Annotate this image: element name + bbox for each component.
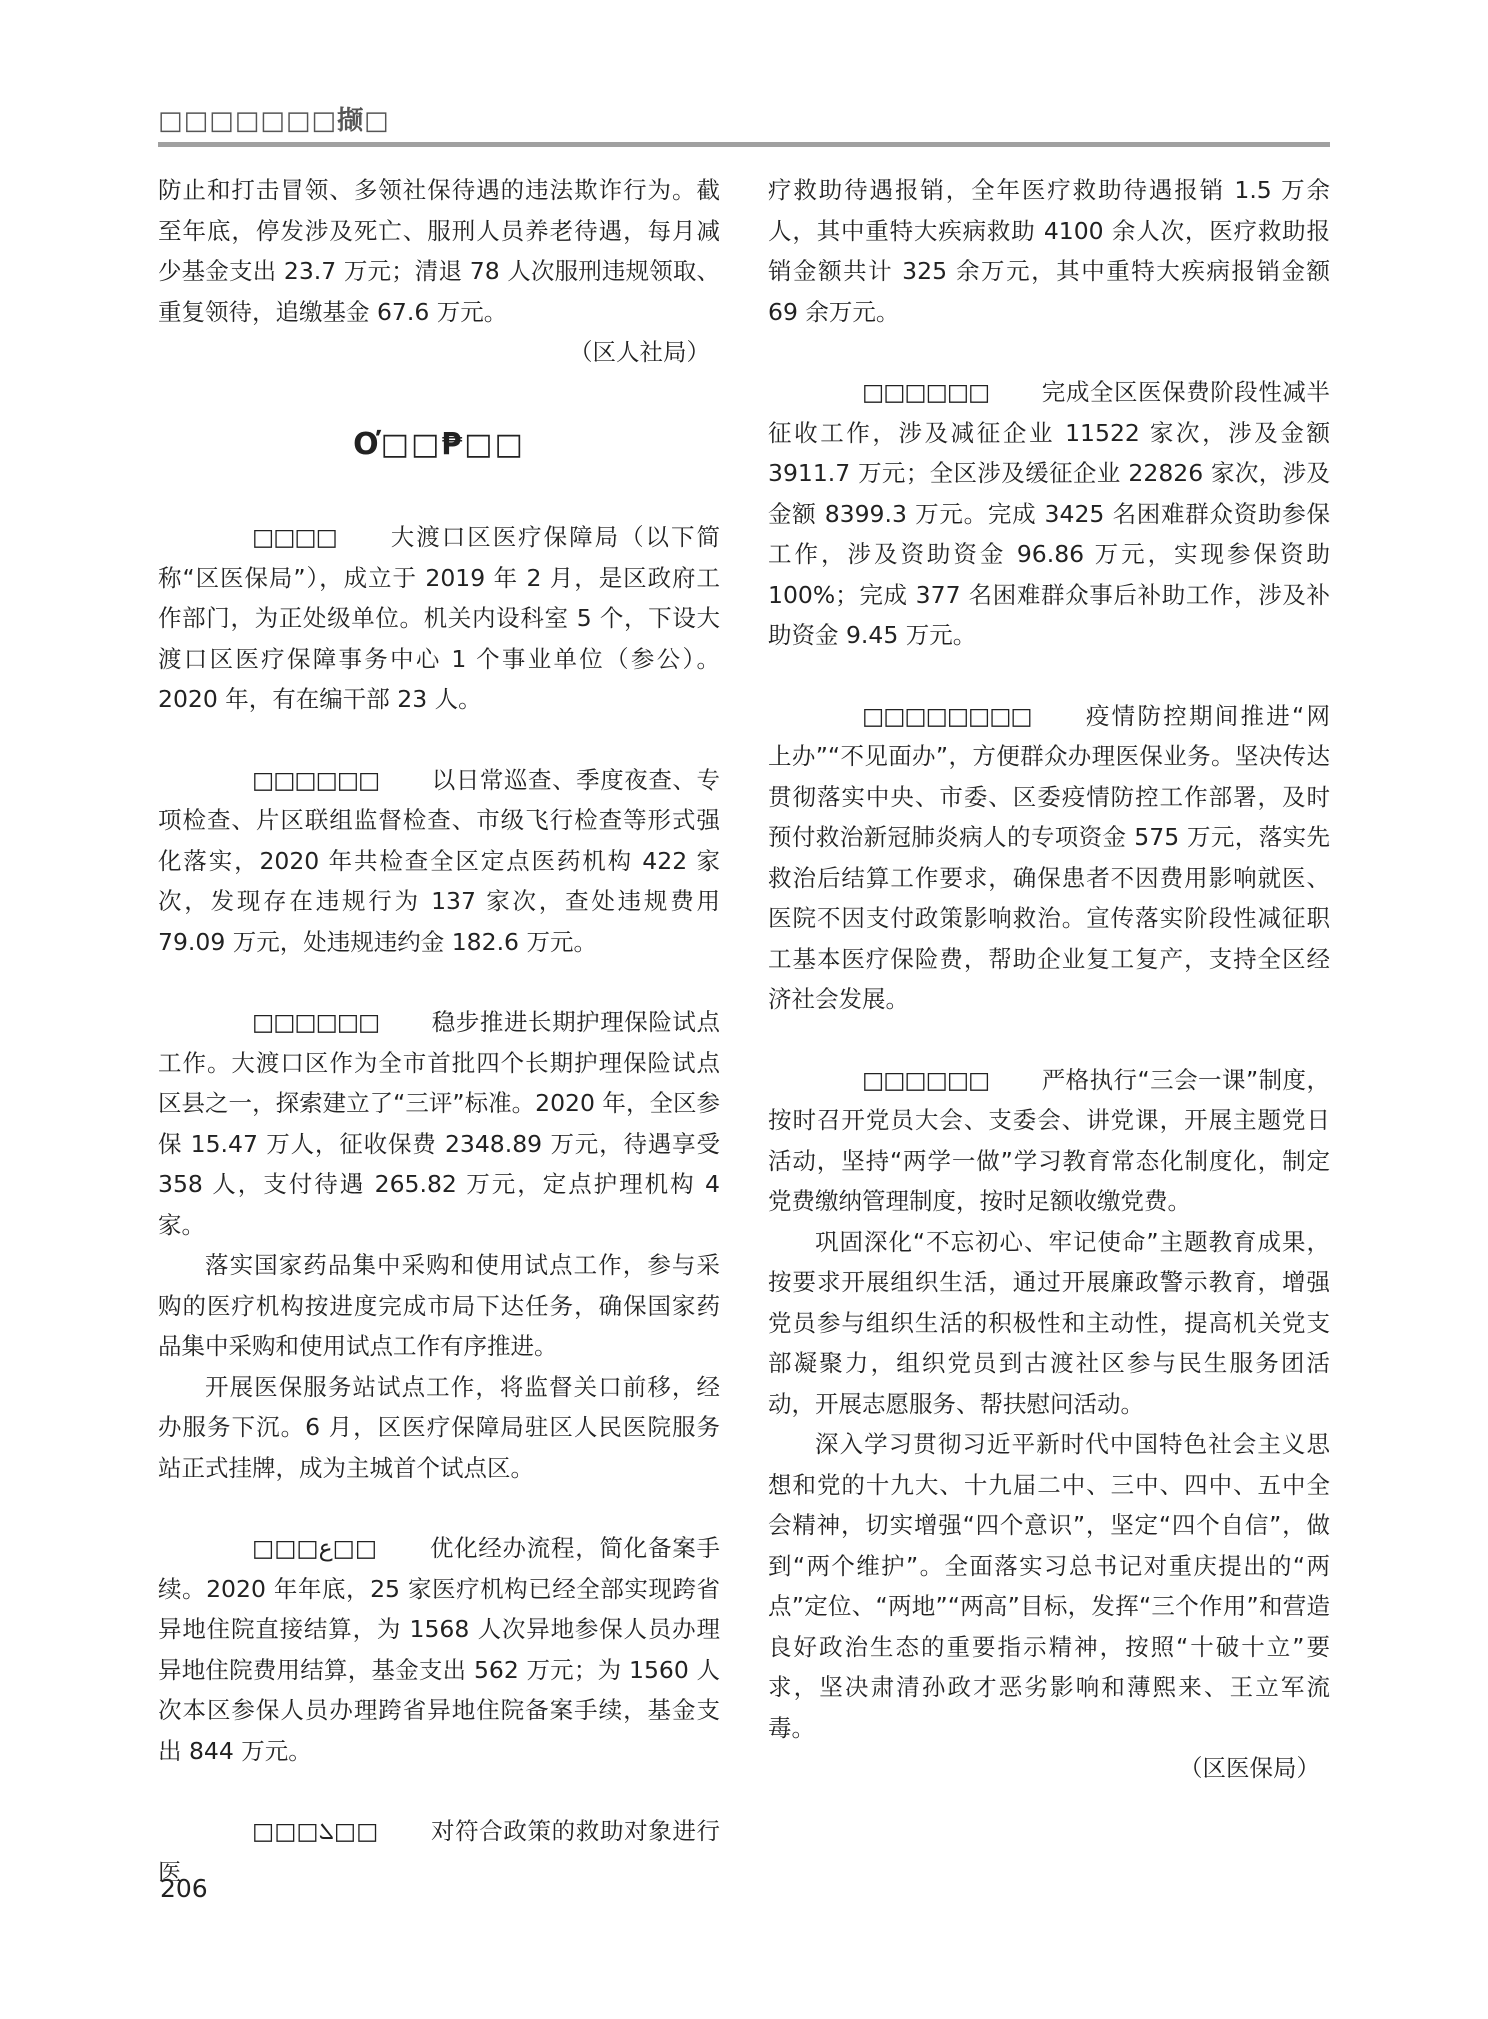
entry-party-building: □□□□□□严格执行“三会一课”制度，按时召开党员大会、支委会、讲党课，开展主题… xyxy=(768,1060,1330,1222)
entry-heading: □□□ع□□ xyxy=(205,1528,377,1569)
entry-heading: □□□□□□ xyxy=(815,1060,989,1101)
source-attribution: （区医保局） xyxy=(768,1748,1330,1789)
entry-heading: □□□□□□ xyxy=(205,760,379,801)
entry-text: 疫情防控期间推进“网上办”“不见面办”，方便群众办理医保业务。坚决传达贯彻落实中… xyxy=(768,702,1330,1014)
entry-text: 稳步推进长期护理保险试点工作。大渡口区作为全市首批四个长期护理保险试点区县之一，… xyxy=(158,1008,720,1239)
entry-supervision: □□□□□□以日常巡查、季度夜查、专项检查、片区联组监督检查、市级飞行检查等形式… xyxy=(158,760,720,963)
entry-remote-settlement: □□□ع□□优化经办流程，简化备案手续。2020 年年底，25 家医疗机构已经全… xyxy=(158,1528,720,1771)
entry-text: 优化经办流程，简化备案手续。2020 年年底，25 家医疗机构已经全部实现跨省异… xyxy=(158,1534,720,1765)
paragraph: 落实国家药品集中采购和使用试点工作，参与采购的医疗机构按进度完成市局下达任务，确… xyxy=(158,1245,720,1367)
running-header: □□□□□□□撷□ xyxy=(158,104,1330,147)
header-rule xyxy=(158,142,1330,147)
entry-epidemic: □□□□□□□□疫情防控期间推进“网上办”“不见面办”，方便群众办理医保业务。坚… xyxy=(768,696,1330,1020)
left-column: 防止和打击冒领、多领社保待遇的违法欺诈行为。截至年底，停发涉及死亡、服刑人员养老… xyxy=(158,170,720,1892)
entry-heading: □□□□ xyxy=(205,517,337,558)
paragraph: 防止和打击冒领、多领社保待遇的违法欺诈行为。截至年底，停发涉及死亡、服刑人员养老… xyxy=(158,170,720,332)
paragraph: 开展医保服务站试点工作，将监督关口前移，经办服务下沉。6 月，区医疗保障局驻区人… xyxy=(158,1367,720,1489)
page-number: 206 xyxy=(160,1874,208,1903)
paragraph: 深入学习贯彻习近平新时代中国特色社会主义思想和党的十九大、十九届二中、三中、四中… xyxy=(768,1424,1330,1748)
entry-pilot: □□□□□□稳步推进长期护理保险试点工作。大渡口区作为全市首批四个长期护理保险试… xyxy=(158,1002,720,1245)
entry-heading: □□□□□□□□ xyxy=(815,696,1032,737)
entry-heading: □□□□□□ xyxy=(815,372,989,413)
entry-fee-reduction: □□□□□□完成全区医保费阶段性减半征收工作，涉及减征企业 11522 家次，涉… xyxy=(768,372,1330,656)
source-attribution: （区人社局） xyxy=(158,332,720,373)
entry-assistance: □□□ܠ□□对符合政策的救助对象进行医 xyxy=(158,1811,720,1892)
entry-overview: □□□□大渡口区医疗保障局（以下简称“区医保局”），成立于 2019 年 2 月… xyxy=(158,517,720,720)
section-title: O̕□□₱□□ xyxy=(158,425,720,466)
entry-heading: □□□□□□ xyxy=(205,1002,379,1043)
paragraph: 巩固深化“不忘初心、牢记使命”主题教育成果，按要求开展组织生活，通过开展廉政警示… xyxy=(768,1222,1330,1425)
entry-text: 完成全区医保费阶段性减半征收工作，涉及减征企业 11522 家次，涉及金额 39… xyxy=(768,378,1330,649)
paragraph: 疗救助待遇报销，全年医疗救助待遇报销 1.5 万余人，其中重特大疾病救助 410… xyxy=(768,170,1330,332)
entry-heading: □□□ܠ□□ xyxy=(205,1811,378,1852)
right-column: 疗救助待遇报销，全年医疗救助待遇报销 1.5 万余人，其中重特大疾病救助 410… xyxy=(768,170,1330,1789)
running-title: □□□□□□□撷□ xyxy=(158,104,1330,138)
